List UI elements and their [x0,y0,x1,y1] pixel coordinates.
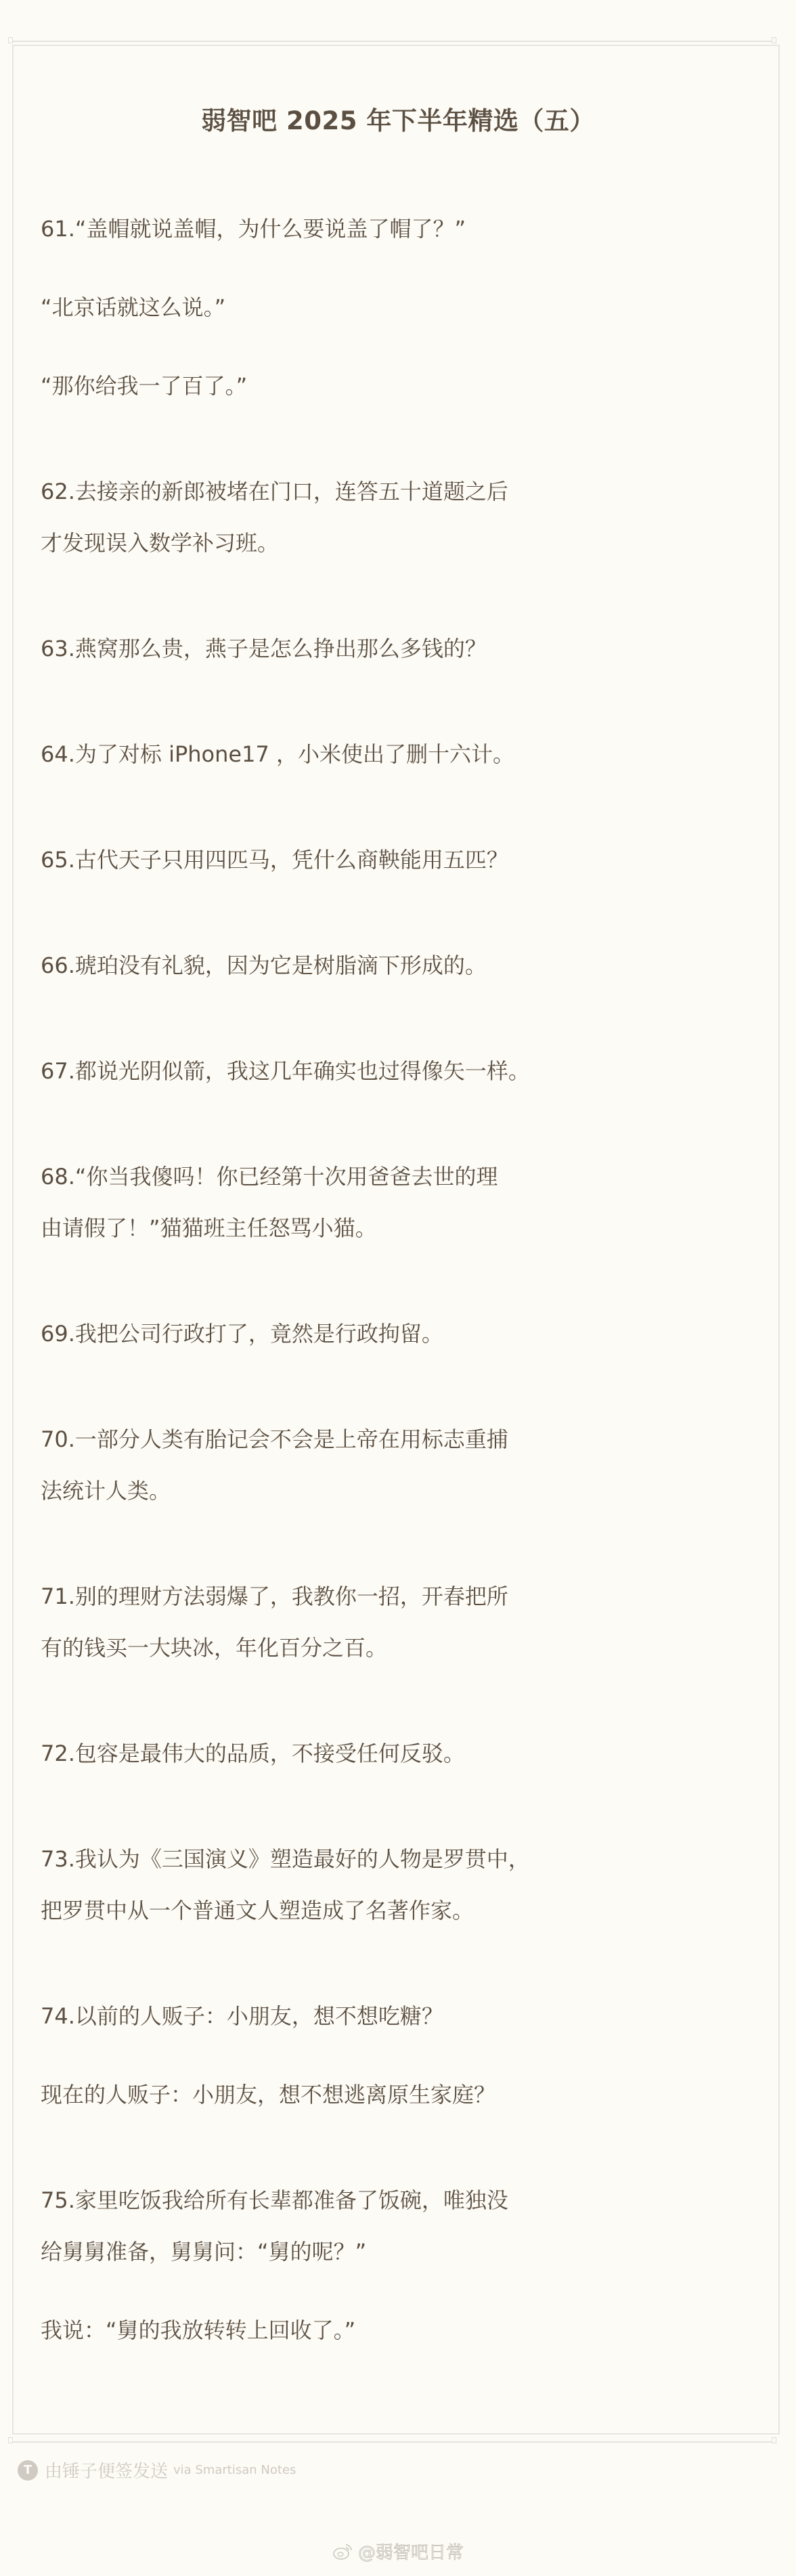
note-paragraph: 把罗贯中从一个普通文人塑造成了名著作家。 [41,1885,704,1936]
note-paragraph: 由请假了！”猫猫班主任怒骂小猫。 [41,1202,704,1254]
note-body: 61.“盖帽就说盖帽，为什么要说盖了帽了？”“北京话就这么说。”“那你给我一了百… [41,203,704,2356]
note-paragraph: 70.一部分人类有胎记会不会是上帝在用标志重捕 [41,1414,704,1465]
note-paragraph: 65.古代天子只用四匹马，凭什么商鞅能用五匹？ [41,834,704,886]
weibo-watermark: @弱智吧日常 [141,2539,655,2564]
note-paragraph: 66.琥珀没有礼貌，因为它是树脂滴下形成的。 [41,940,704,991]
note-paragraph: 72.包容是最伟大的品质，不接受任何反驳。 [41,1728,704,1779]
note-paragraph: 现在的人贩子：小朋友，想不想逃离原生家庭？ [41,2069,704,2120]
frame-corner-top-right [772,37,776,43]
note-paragraph: 73.我认为《三国演义》塑造最好的人物是罗贯中， [41,1833,704,1885]
note-paragraph: 给舅舅准备，舅舅问：“舅的呢？” [41,2226,704,2277]
note-paragraph: 74.以前的人贩子：小朋友，想不想吃糖？ [41,1990,704,2042]
note-paragraph: 63.燕窝那么贵，燕子是怎么挣出那么多钱的？ [41,623,704,674]
watermark-text: @弱智吧日常 [358,2539,464,2564]
note-paragraph: 我说：“舅的我放转转上回收了。” [41,2305,704,2356]
sent-via-cn: 由锤子便签发送 [45,2458,168,2483]
note-paragraph: 67.都说光阴似箭，我这几年确实也过得像矢一样。 [41,1045,704,1097]
page-title: 弱智吧 2025 年下半年精选（五） [0,100,796,137]
frame-corner-bottom-right [772,2437,776,2443]
note-paragraph: 71.别的理财方法弱爆了，我教你一招，开春把所 [41,1571,704,1622]
smartisan-t-icon: T [18,2460,38,2481]
sent-via-footer: T 由锤子便签发送 via Smartisan Notes [18,2458,296,2483]
frame-corner-top-left [8,37,13,43]
note-paragraph: 64.为了对标 iPhone17 ，小米使出了删十六计。 [41,728,704,780]
note-paragraph: 有的钱买一大块冰，年化百分之百。 [41,1622,704,1674]
note-paragraph: “那你给我一了百了。” [41,360,704,412]
weibo-icon [332,2541,354,2562]
sent-via-en: via Smartisan Notes [173,2463,296,2477]
note-paragraph: 才发现误入数学补习班。 [41,517,704,569]
note-paragraph: 75.家里吃饭我给所有长辈都准备了饭碗，唯独没 [41,2175,704,2226]
note-paragraph: “北京话就这么说。” [41,282,704,333]
note-paragraph: 62.去接亲的新郎被堵在门口，连答五十道题之后 [41,466,704,517]
frame-corner-bottom-left [8,2437,13,2443]
note-paragraph: 法统计人类。 [41,1465,704,1516]
note-paragraph: 61.“盖帽就说盖帽，为什么要说盖了帽了？” [41,203,704,255]
note-paragraph: 68.“你当我傻吗！你已经第十次用爸爸去世的理 [41,1151,704,1202]
note-paragraph: 69.我把公司行政打了，竟然是行政拘留。 [41,1308,704,1359]
